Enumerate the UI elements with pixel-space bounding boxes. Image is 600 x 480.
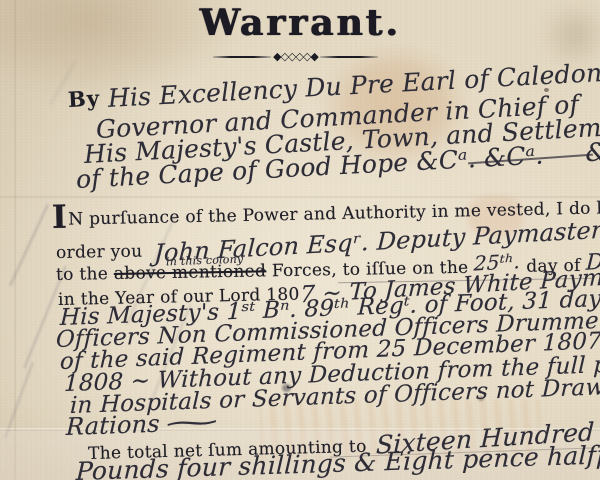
divider-diamonds-ornament: ◆◇◇◇◇◆ xyxy=(271,51,320,62)
divider-line xyxy=(213,56,271,58)
document-title: Warrant. xyxy=(0,2,600,44)
heading-by-label: By xyxy=(67,85,100,112)
ghost-writing xyxy=(4,362,33,438)
heading-etcetera: &Cᵃ. xyxy=(585,135,600,167)
divider-line xyxy=(320,56,378,58)
fold-crease-vertical xyxy=(14,0,16,480)
ghost-writing xyxy=(9,204,49,286)
drop-cap-initial: I xyxy=(52,198,68,236)
print-run: to the xyxy=(56,264,108,285)
warrant-document-scan: Warrant. ◆◇◇◇◇◆ ByHis Excellency Du Pre … xyxy=(0,0,600,480)
title-divider: ◆◇◇◇◇◆ xyxy=(213,51,378,62)
fold-crease-horizontal xyxy=(0,196,600,198)
